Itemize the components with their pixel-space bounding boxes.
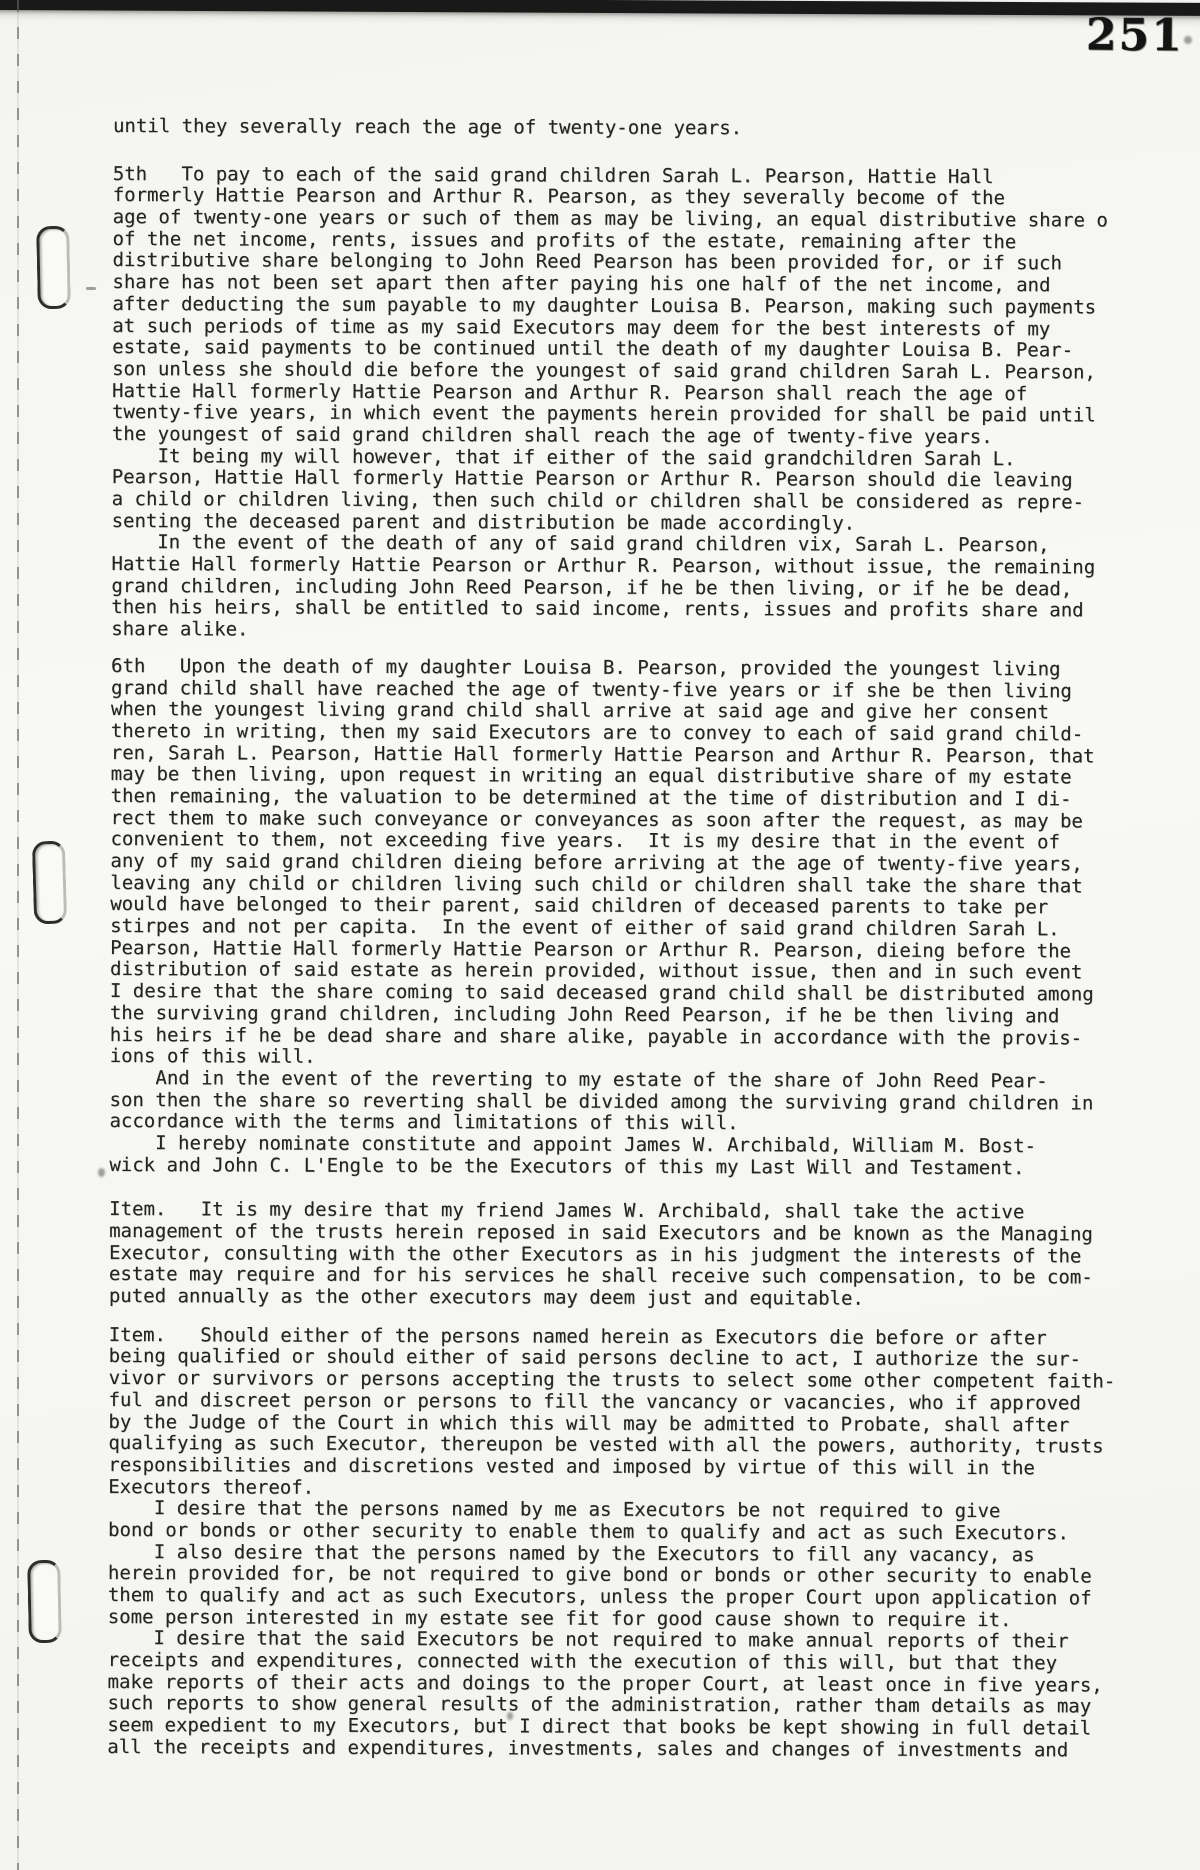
scanned-document-page: 251 until they severally reach the age o…: [0, 0, 1200, 1870]
binder-hole-middle: [32, 841, 67, 925]
paper-speck: [1184, 36, 1192, 44]
text-line: then his heirs, shall be entitled to sai…: [111, 597, 1161, 622]
text-line: puted annually as the other executors ma…: [109, 1286, 1159, 1311]
text-line: all the receipts and expenditures, inves…: [107, 1737, 1157, 1762]
paragraph-clause-6th: 6th Upon the death of my daughter Louisa…: [109, 656, 1161, 1180]
text-line: share alike.: [111, 619, 1161, 644]
binder-hole-bottom: [27, 1560, 62, 1644]
paragraph-clause-5th: 5th To pay to each of the said grand chi…: [111, 164, 1163, 645]
page-number: 251: [1086, 9, 1184, 61]
paper-speck: [86, 287, 96, 290]
scan-left-edge: [17, 0, 19, 1870]
paragraph-item-managing-executor: Item. It is my desire that my friend Jam…: [109, 1199, 1159, 1311]
binder-hole-top: [36, 226, 71, 310]
text-line: wick and John C. L'Engle to be the Execu…: [109, 1155, 1159, 1180]
paragraph-continuation-fourth-clause: until they severally reach the age of tw…: [113, 116, 1163, 141]
text-block: until they severally reach the age of tw…: [107, 116, 1163, 1762]
scan-top-edge: [0, 0, 1200, 16]
paper-speck: [98, 1168, 105, 1177]
text-line: until they severally reach the age of tw…: [113, 116, 1163, 141]
paragraph-item-executor-provisions: Item. Should either of the persons named…: [107, 1325, 1159, 1762]
